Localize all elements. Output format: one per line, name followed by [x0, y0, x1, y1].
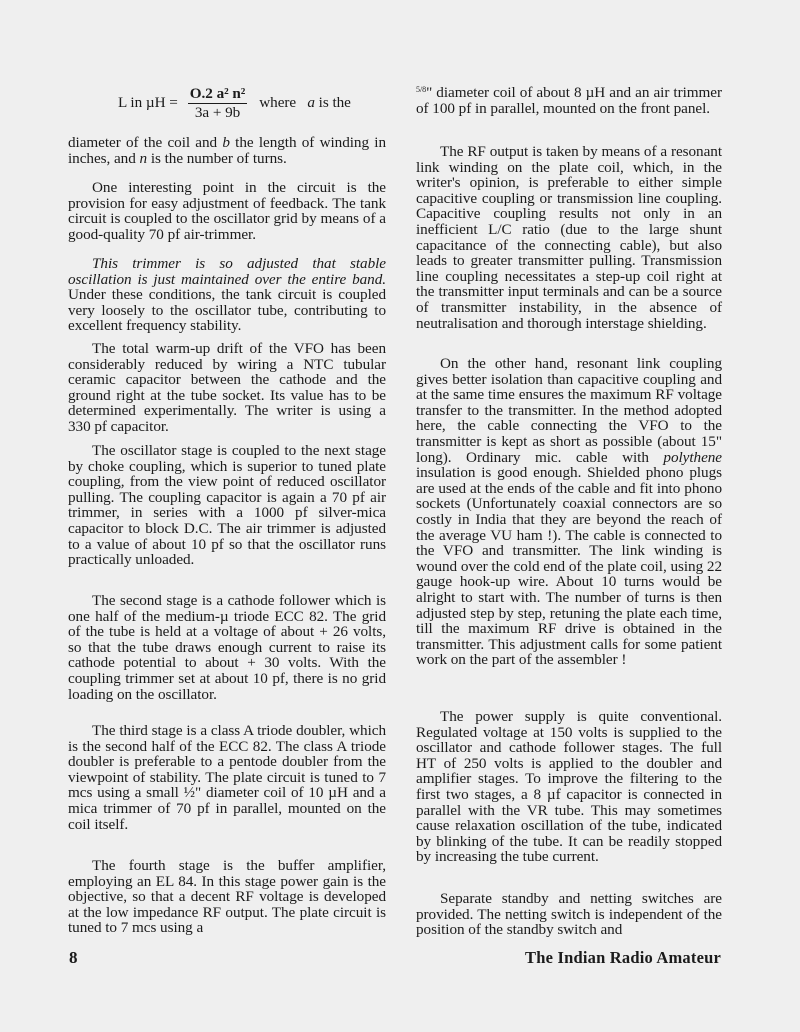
publication-title: The Indian Radio Amateur: [525, 948, 721, 968]
paragraph-trimmer: This trimmer is so adjusted that stable …: [68, 256, 386, 334]
paragraph-oscillator-stage: The oscillator stage is coupled to the n…: [68, 443, 386, 568]
paragraph-link-coupling: On the other hand, resonant link couplin…: [416, 356, 722, 668]
paragraph-third-stage: The third stage is a class A triode doub…: [68, 723, 386, 832]
fraction-five-eighths: 5/8: [416, 85, 426, 94]
paragraph-rf-output: The RF output is taken by means of a res…: [416, 144, 722, 331]
paragraph-feedback: One interesting point in the circuit is …: [68, 180, 386, 242]
paragraph-coil-continued: 5/8" diameter coil of about 8 µH and an …: [416, 82, 722, 116]
formula-lhs: L in µH =: [118, 95, 178, 111]
paragraph-switches: Separate standby and netting switches ar…: [416, 891, 722, 938]
formula-trail: where a is the: [259, 95, 351, 111]
formula-fraction: O.2 a² n² 3a + 9b: [188, 86, 248, 120]
paragraph-warmup-drift: The total warm-up drift of the VFO has b…: [68, 341, 386, 435]
formula-numerator: O.2 a² n²: [188, 86, 248, 104]
formula-denominator: 3a + 9b: [195, 104, 240, 121]
paragraph-fourth-stage: The fourth stage is the buffer amplifier…: [68, 858, 386, 936]
inductance-formula: L in µH = O.2 a² n² 3a + 9b where a is t…: [118, 86, 351, 120]
paragraph-second-stage: The second stage is a cathode follower w…: [68, 593, 386, 702]
paragraph-formula-definition: diameter of the coil and b the length of…: [68, 135, 386, 166]
page-number: 8: [69, 948, 78, 968]
paragraph-power-supply: The power supply is quite conventional. …: [416, 709, 722, 865]
